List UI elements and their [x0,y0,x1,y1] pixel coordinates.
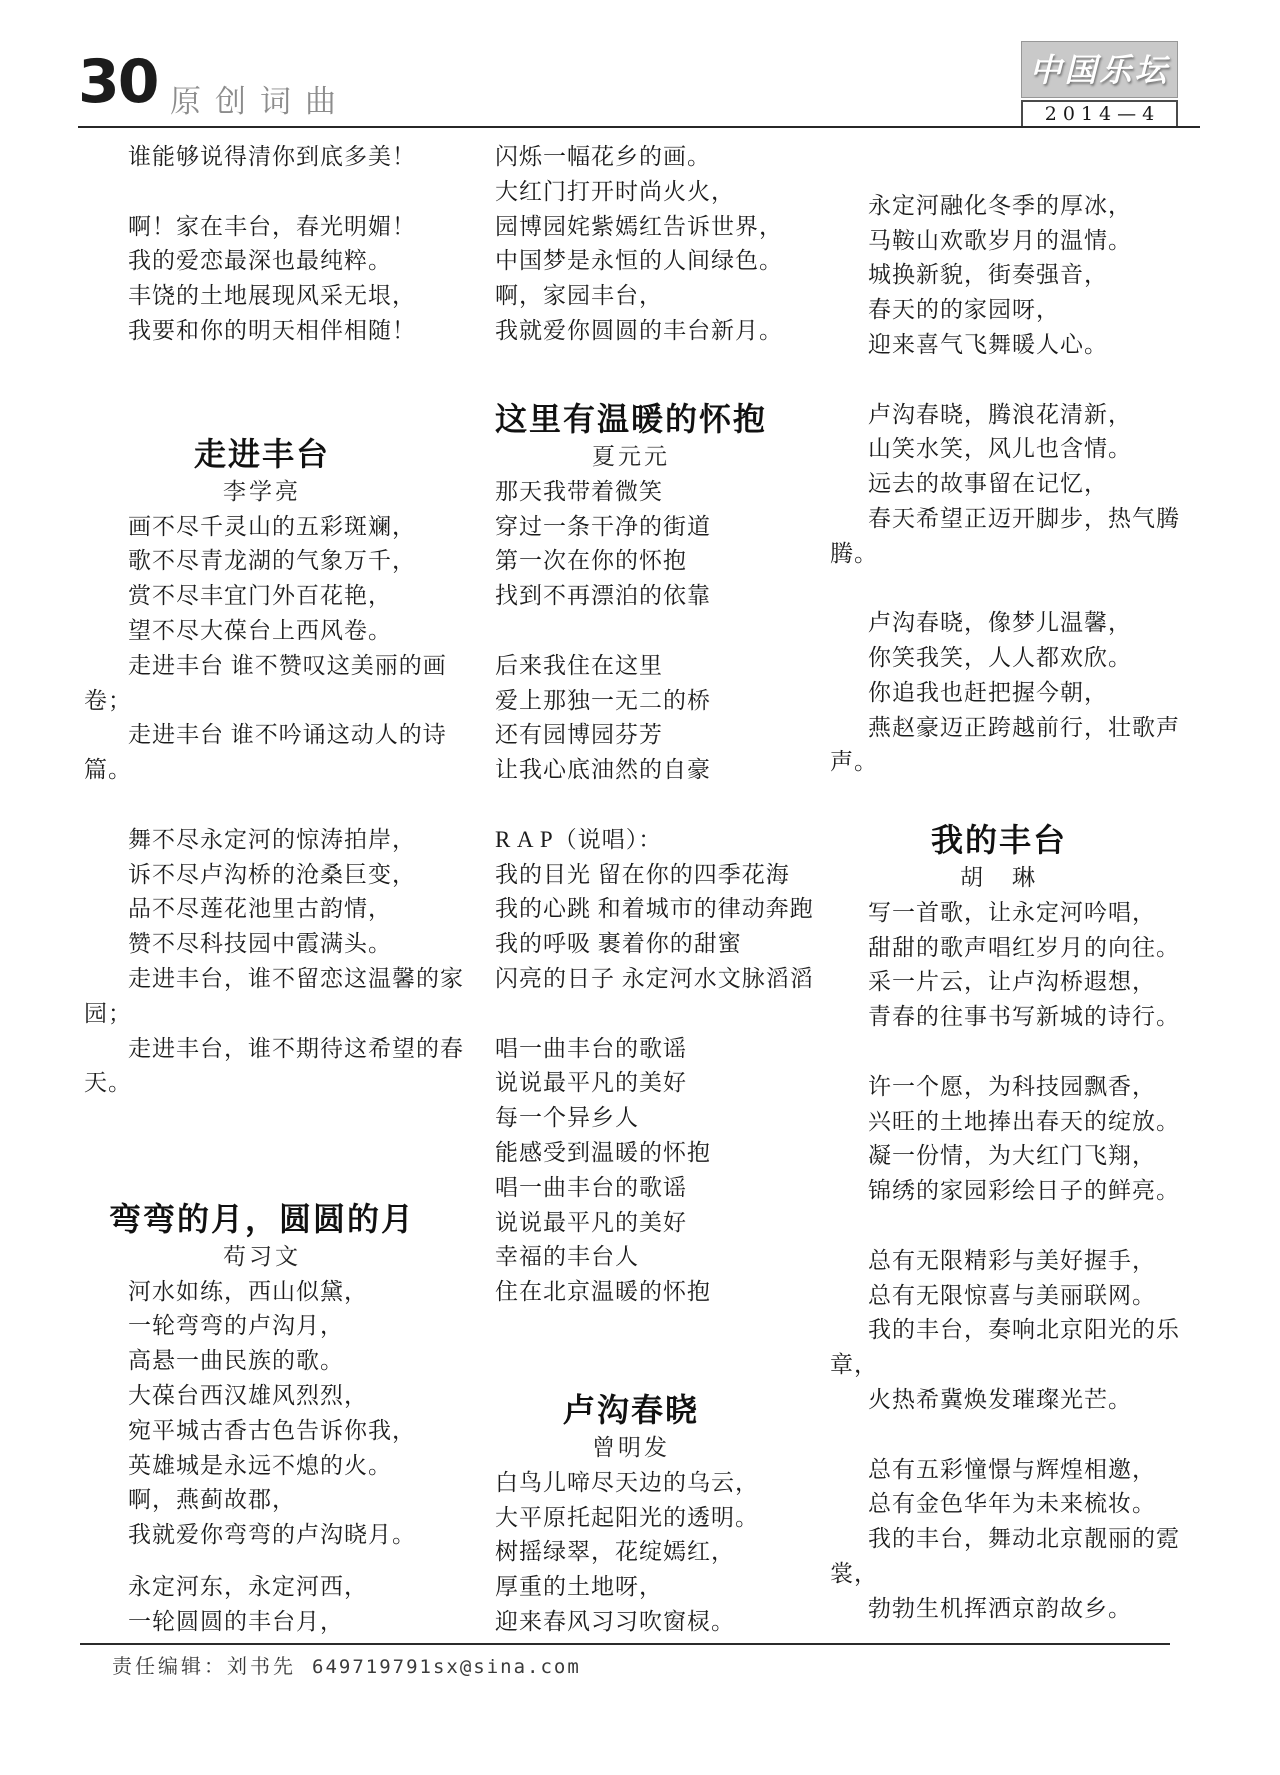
spacer [84,349,440,429]
poem-line: 闪亮的日子 永定河水文脉滔滔 [450,962,812,997]
stanza: R A P（说唱）：我的目光 留在你的四季花海我的心跳 和着城市的律动奔跑我的呼… [450,823,812,997]
poem-line: 走进丰台 谁不赞叹这美丽的画 [84,649,440,684]
poem-line: 我的目光 留在你的四季花海 [450,858,812,893]
poem-line: R A P（说唱）： [450,823,812,858]
poem-title: 走进丰台 [84,429,440,475]
spacer [450,788,812,823]
poem-line: 英雄城是永远不熄的火。 [84,1449,440,1484]
poem-line: 穿过一条干净的街道 [450,510,812,545]
poem-line: 马鞍山欢歌岁月的温情。 [830,224,1168,259]
spacer [830,140,1168,189]
poem-line: 赞不尽科技园中霞满头。 [84,927,440,962]
spacer [84,1101,440,1194]
poem-line: 走进丰台，谁不留恋这温馨的家 [84,962,440,997]
stanza: 卢沟春晓，像梦儿温馨，你笑我笑，人人都欢欣。你追我也赶把握今朝，燕赵豪迈正跨越前… [830,606,1168,780]
masthead-logo: 中国乐坛 [1021,41,1178,98]
poem-line: 永定河东，永定河西， [84,1570,440,1605]
poem-line: 唱一曲丰台的歌谣 [450,1171,812,1206]
stanza: 白鸟儿啼尽天边的乌云，大平原托起阳光的透明。树摇绿翠，花绽嫣红，厚重的土地呀，迎… [450,1466,812,1640]
spacer [450,614,812,649]
poem-line: 声。 [830,745,1168,780]
poem-line: 园； [84,997,440,1032]
poem-title: 我的丰台 [830,815,1168,861]
poem-line: 我就爱你圆圆的丰台新月。 [450,314,812,349]
spacer [450,997,812,1032]
poem-line: 厚重的土地呀， [450,1570,812,1605]
stanza: 永定河东，永定河西，一轮圆圆的丰台月， [84,1570,440,1640]
poem-line: 我的心跳 和着城市的律动奔跑 [450,892,812,927]
spacer [450,349,812,394]
poem-line: 画不尽千灵山的五彩斑斓， [84,510,440,545]
poem-line: 闪烁一幅花乡的画。 [450,140,812,175]
poem-line: 啊！家在丰台，春光明媚！ [84,210,440,245]
poem-line: 河水如练，西山似黛， [84,1275,440,1310]
poem-line: 说说最平凡的美好 [450,1066,812,1101]
poem-line: 找到不再漂泊的依靠 [450,579,812,614]
poem-line: 总有五彩憧憬与辉煌相邀， [830,1453,1168,1488]
poem-line: 大红门打开时尚火火， [450,175,812,210]
poem-line: 勃勃生机挥洒京韵故乡。 [830,1592,1168,1627]
poem-line: 幸福的丰台人 [450,1240,812,1275]
poem-line: 写一首歌，让永定河吟唱， [830,896,1168,931]
poem-line: 啊，家园丰台， [450,279,812,314]
issue-box: 2014—4 [1021,100,1178,128]
footer-rule [80,1643,1170,1645]
poem-line: 还有园博园芬芳 [450,718,812,753]
poem-line: 住在北京温暖的怀抱 [450,1275,812,1310]
poem-line: 你笑我笑，人人都欢欣。 [830,641,1168,676]
poem-line: 天。 [84,1066,440,1101]
poem-author: 夏元元 [450,440,812,475]
footer: 责任编辑：刘书先 649719791sx@sina.com [112,1650,581,1679]
stanza: 卢沟春晓，腾浪花清新，山笑水笑，风儿也含情。远去的故事留在记忆，春天希望正迈开脚… [830,398,1168,572]
poem-line: 那天我带着微笑 [450,475,812,510]
stanza: 写一首歌，让永定河吟唱，甜甜的歌声唱红岁月的向往。采一片云，让卢沟桥遐想，青春的… [830,896,1168,1035]
stanza: 唱一曲丰台的歌谣说说最平凡的美好每一个异乡人能感受到温暖的怀抱唱一曲丰台的歌谣说… [450,1032,812,1310]
footer-editor: 责任编辑：刘书先 [112,1650,296,1679]
poem-line: 春天的的家园呀， [830,293,1168,328]
poem-line: 裳， [830,1557,1168,1592]
poem-author: 李学亮 [84,475,440,510]
poem-line: 一轮圆圆的丰台月， [84,1605,440,1640]
poem-line: 走进丰台，谁不期待这希望的春 [84,1032,440,1067]
poem-line: 兴旺的土地捧出春天的绽放。 [830,1105,1168,1140]
poem-line: 歌不尽青龙湖的气象万千， [84,544,440,579]
poem-line: 赏不尽丰宜门外百花艳， [84,579,440,614]
poem-line: 中国梦是永恒的人间绿色。 [450,244,812,279]
poem-line: 春天希望正迈开脚步，热气腾 [830,502,1168,537]
poem-line: 能感受到温暖的怀抱 [450,1136,812,1171]
spacer [830,1418,1168,1453]
stanza: 总有无限精彩与美好握手，总有无限惊喜与美丽联网。我的丰台，奏响北京阳光的乐章，火… [830,1244,1168,1418]
poem-author: 曾明发 [450,1431,812,1466]
poem-line: 腾。 [830,537,1168,572]
poem-line: 锦绣的家园彩绘日子的鲜亮。 [830,1174,1168,1209]
poem-line: 唱一曲丰台的歌谣 [450,1032,812,1067]
poem-title: 这里有温暖的怀抱 [450,394,812,440]
stanza: 永定河融化冬季的厚冰，马鞍山欢歌岁月的温情。城换新貌，街奏强音，春天的的家园呀，… [830,189,1168,363]
poem-line: 诉不尽卢沟桥的沧桑巨变， [84,858,440,893]
page-number: 30 [78,52,158,112]
stanza: 后来我住在这里爱上那独一无二的桥还有园博园芬芳让我心底油然的自豪 [450,649,812,788]
poem-line: 第一次在你的怀抱 [450,544,812,579]
stanza: 河水如练，西山似黛，一轮弯弯的卢沟月，高悬一曲民族的歌。大葆台西汉雄风烈烈，宛平… [84,1275,440,1553]
poem-line: 一轮弯弯的卢沟月， [84,1309,440,1344]
poem-line: 采一片云，让卢沟桥遐想， [830,965,1168,1000]
footer-email: 649719791sx@sina.com [312,1656,581,1678]
column-right: 永定河融化冬季的厚冰，马鞍山欢歌岁月的温情。城换新貌，街奏强音，春天的的家园呀，… [830,140,1168,1627]
poem-line: 永定河融化冬季的厚冰， [830,189,1168,224]
poem-line: 你追我也赶把握今朝， [830,676,1168,711]
poem-line: 丰饶的土地展现风采无垠， [84,279,440,314]
stanza: 画不尽千灵山的五彩斑斓，歌不尽青龙湖的气象万千，赏不尽丰宜门外百花艳，望不尽大葆… [84,510,440,788]
magazine-page: 30 原创词曲 中国乐坛 2014—4 谁能够说得清你到底多美！啊！家在丰台，春… [0,0,1280,1775]
spacer [84,1553,440,1570]
spacer [84,175,440,210]
spacer [830,780,1168,815]
stanza: 啊！家在丰台，春光明媚！我的爱恋最深也最纯粹。丰饶的土地展现风采无垠，我要和你的… [84,210,440,349]
spacer [830,1035,1168,1070]
poem-line: 树摇绿翠，花绽嫣红， [450,1535,812,1570]
poem-line: 燕赵豪迈正跨越前行，壮歌声 [830,711,1168,746]
poem-line: 总有无限惊喜与美丽联网。 [830,1279,1168,1314]
poem-line: 宛平城古香古色告诉你我， [84,1414,440,1449]
spacer [450,1310,812,1385]
poem-line: 啊，燕蓟故郡， [84,1483,440,1518]
poem-line: 我就爱你弯弯的卢沟晓月。 [84,1518,440,1553]
poem-line: 凝一份情，为大红门飞翔， [830,1139,1168,1174]
stanza: 闪烁一幅花乡的画。大红门打开时尚火火，园博园姹紫嫣红告诉世界，中国梦是永恒的人间… [450,140,812,349]
masthead-text: 中国乐坛 [1029,54,1169,86]
poem-line: 白鸟儿啼尽天边的乌云， [450,1466,812,1501]
poem-line: 高悬一曲民族的歌。 [84,1344,440,1379]
poem-line: 爱上那独一无二的桥 [450,684,812,719]
poem-line: 迎来春风习习吹窗棂。 [450,1605,812,1640]
poem-line: 总有金色华年为未来梳妆。 [830,1487,1168,1522]
poem-line: 卢沟春晓，腾浪花清新， [830,398,1168,433]
poem-line: 城换新貌，街奏强音， [830,258,1168,293]
poem-line: 山笑水笑，风儿也含情。 [830,432,1168,467]
poem-line: 大平原托起阳光的透明。 [450,1501,812,1536]
poem-line: 走进丰台 谁不吟诵这动人的诗 [84,718,440,753]
poem-line: 望不尽大葆台上西风卷。 [84,614,440,649]
poem-line: 谁能够说得清你到底多美！ [84,140,440,175]
stanza: 舞不尽永定河的惊涛拍岸，诉不尽卢沟桥的沧桑巨变，品不尽莲花池里古韵情，赞不尽科技… [84,823,440,1101]
spacer [830,1209,1168,1244]
poem-line: 园博园姹紫嫣红告诉世界， [450,210,812,245]
poem-line: 品不尽莲花池里古韵情， [84,892,440,927]
poem-line: 卷； [84,684,440,719]
poem-line: 让我心底油然的自豪 [450,753,812,788]
poem-line: 我的爱恋最深也最纯粹。 [84,244,440,279]
poem-line: 我的丰台，舞动北京靓丽的霓 [830,1522,1168,1557]
poem-author: 苟习文 [84,1240,440,1275]
poem-line: 迎来喜气飞舞暖人心。 [830,328,1168,363]
header-rule [78,126,1200,128]
poem-line: 大葆台西汉雄风烈烈， [84,1379,440,1414]
spacer [84,788,440,823]
poem-line: 远去的故事留在记忆， [830,467,1168,502]
poem-line: 我的丰台，奏响北京阳光的乐 [830,1313,1168,1348]
spacer [830,363,1168,398]
poem-line: 后来我住在这里 [450,649,812,684]
column-left: 谁能够说得清你到底多美！啊！家在丰台，春光明媚！我的爱恋最深也最纯粹。丰饶的土地… [84,140,440,1640]
poem-line: 许一个愿，为科技园飘香， [830,1070,1168,1105]
poem-line: 青春的往事书写新城的诗行。 [830,1000,1168,1035]
stanza: 总有五彩憧憬与辉煌相邀，总有金色华年为未来梳妆。我的丰台，舞动北京靓丽的霓裳，勃… [830,1453,1168,1627]
stanza: 许一个愿，为科技园飘香，兴旺的土地捧出春天的绽放。凝一份情，为大红门飞翔，锦绣的… [830,1070,1168,1209]
poem-line: 我要和你的明天相伴相随！ [84,314,440,349]
poem-line: 总有无限精彩与美好握手， [830,1244,1168,1279]
poem-line: 每一个异乡人 [450,1101,812,1136]
spacer [830,571,1168,606]
poem-line: 火热希冀焕发璀璨光芒。 [830,1383,1168,1418]
stanza: 谁能够说得清你到底多美！ [84,140,440,175]
poem-title: 卢沟春晓 [450,1385,812,1431]
poem-line: 篇。 [84,753,440,788]
stanza: 那天我带着微笑穿过一条干净的街道第一次在你的怀抱找到不再漂泊的依靠 [450,475,812,614]
issue-text: 2014—4 [1039,105,1160,124]
poem-line: 章， [830,1348,1168,1383]
column-middle: 闪烁一幅花乡的画。大红门打开时尚火火，园博园姹紫嫣红告诉世界，中国梦是永恒的人间… [450,140,812,1640]
poem-title: 弯弯的月，圆圆的月 [84,1194,440,1240]
poem-line: 甜甜的歌声唱红岁月的向往。 [830,931,1168,966]
poem-author: 胡 琳 [830,861,1168,896]
poem-line: 我的呼吸 裹着你的甜蜜 [450,927,812,962]
poem-line: 卢沟春晓，像梦儿温馨， [830,606,1168,641]
poem-line: 说说最平凡的美好 [450,1206,812,1241]
section-title: 原创词曲 [170,76,350,121]
poem-line: 舞不尽永定河的惊涛拍岸， [84,823,440,858]
